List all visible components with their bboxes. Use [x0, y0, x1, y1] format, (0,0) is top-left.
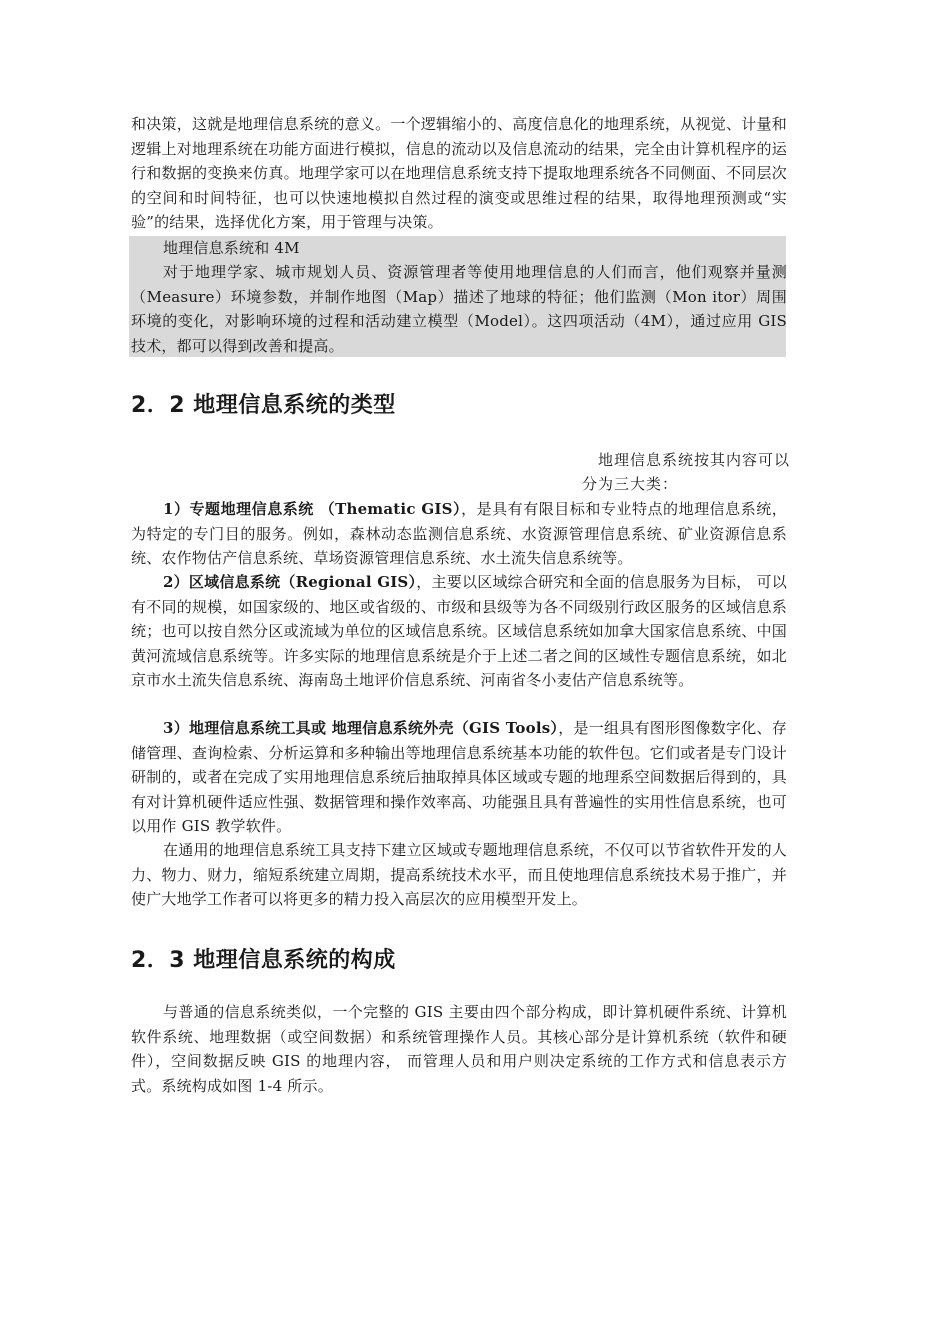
- box-title: 地理信息系统和 4M: [131, 236, 787, 261]
- box-body: 对于地理学家、城市规划人员、资源管理者等使用地理信息的人们而言，他们观察并量测（…: [131, 260, 787, 358]
- item-2-paragraph: 2）区域信息系统（Regional GIS），主要以区域综合研究和全面的信息服务…: [131, 570, 787, 693]
- section-lead-line-1: 地理信息系统按其内容可以: [560, 448, 790, 473]
- item-3-label: 3）地理信息系统工具或 地理信息系统外壳（GIS Tools）: [163, 719, 558, 737]
- item-1-paragraph: 1）专题地理信息系统 （Thematic GIS），是具有有限目标和专业特点的地…: [131, 497, 787, 571]
- item-2-label: 2）区域信息系统（Regional GIS）: [163, 573, 416, 591]
- item-1-label: 1）专题地理信息系统 （Thematic GIS）: [163, 500, 461, 518]
- closing-paragraph: 在通用的地理信息系统工具支持下建立区域或专题地理信息系统，不仅可以节省软件开发的…: [131, 838, 787, 912]
- section-heading-2-3: 2．3 地理信息系统的构成: [131, 943, 396, 974]
- document-page: 和决策，这就是地理信息系统的意义。一个逻辑缩小的、高度信息化的地理系统，从视觉、…: [0, 0, 950, 1320]
- section-lead-line-2: 分为三大类：: [560, 472, 678, 497]
- item-3-paragraph: 3）地理信息系统工具或 地理信息系统外壳（GIS Tools），是一组具有图形图…: [131, 716, 787, 839]
- intro-paragraph: 和决策，这就是地理信息系统的意义。一个逻辑缩小的、高度信息化的地理系统，从视觉、…: [131, 112, 787, 235]
- section-heading-2-2: 2．2 地理信息系统的类型: [131, 388, 396, 419]
- section-2-3-paragraph: 与普通的信息系统类似，一个完整的 GIS 主要由四个部分构成，即计算机硬件系统、…: [131, 1000, 787, 1098]
